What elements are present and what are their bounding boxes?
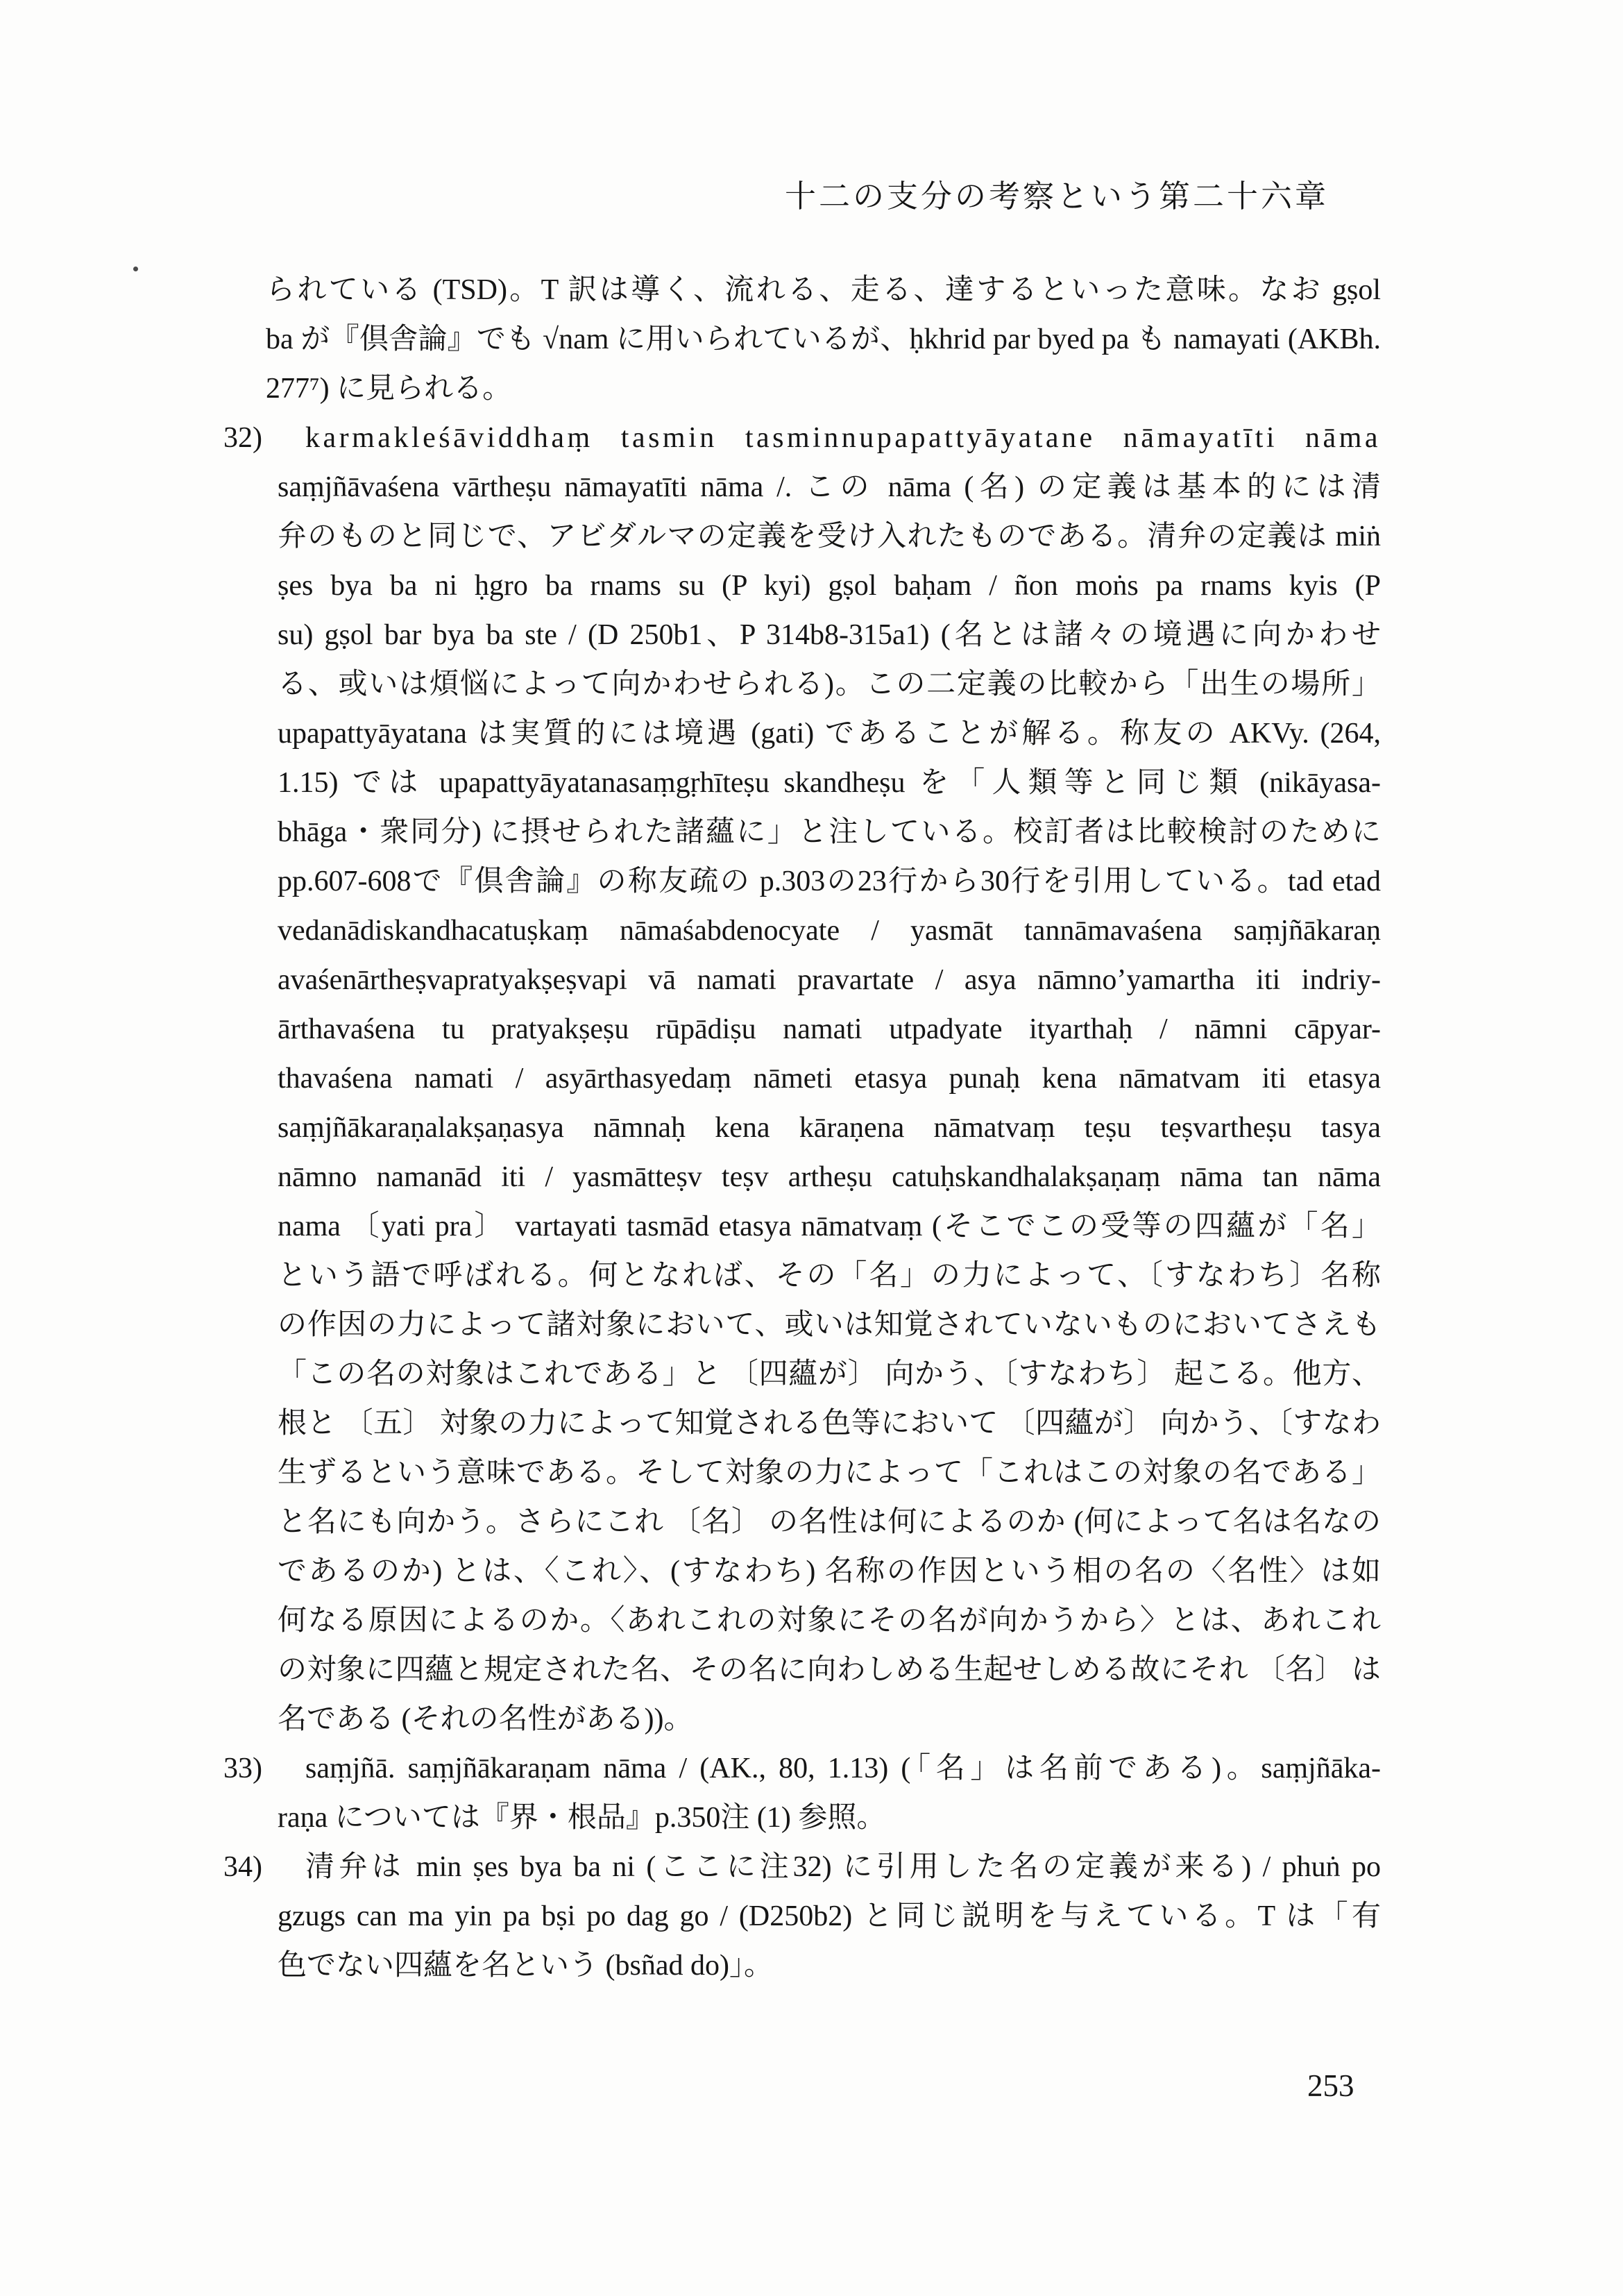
document-page: 十二の支分の考察という第二十六章 られている (TSD)。T 訳は導く、流れる、… — [0, 0, 1623, 2296]
footnote-number: 34) — [223, 1843, 262, 1892]
text-line: る、或いは煩悩によって向かわせられる)。この二定義の比較から「出生の場所」 — [278, 660, 1381, 709]
text-line: 名である (それの名性がある))。 — [278, 1695, 1381, 1744]
footnote-lines: saṃjñā. saṃjñākaraṇam nāma / (AK., 80, 1… — [278, 1744, 1381, 1843]
footnote-item: 33)saṃjñā. saṃjñākaraṇam nāma / (AK., 80… — [278, 1744, 1381, 1843]
text-line: nama 〔yati pra〕 vartayati tasmād etasya … — [278, 1202, 1381, 1251]
text-line: ba が『倶舎論』でも √nam に用いられているが、ḥkhrid par by… — [266, 315, 1381, 364]
text-line: 色でない四蘊を名という (bsñad do)」。 — [278, 1941, 1381, 1991]
continuation-paragraph: られている (TSD)。T 訳は導く、流れる、走る、達するといった意味。なお g… — [266, 266, 1381, 414]
footnote-item: 34)清弁は min ṣes bya ba ni (ここに注32) に引用した名… — [278, 1843, 1381, 1991]
text-line: pp.607-608で『倶舎論』の称友疏の p.303の23行から30行を引用し… — [278, 857, 1381, 906]
text-line: saṃjñāvaśena vārtheṣu nāmayatīti nāma /.… — [278, 463, 1381, 512]
text-line: 1.15) では upapattyāyatanasaṃgṛhīteṣu skan… — [278, 759, 1381, 808]
running-header: 十二の支分の考察という第二十六章 — [0, 179, 1329, 214]
text-line: su) gṣol bar bya ba ste / (D 250b1、P 314… — [278, 611, 1381, 660]
text-line: gzugs can ma yin pa bṣi po dag go / (D25… — [278, 1892, 1381, 1941]
text-line: 何なる原因によるのか。〈あれこれの対象にその名が向かうから〉とは、あれこれ — [278, 1596, 1381, 1646]
text-line: karmakleśāviddhaṃ tasmin tasminnupapatty… — [278, 414, 1381, 463]
footnote-lines: karmakleśāviddhaṃ tasmin tasminnupapatty… — [278, 414, 1381, 1744]
page-number: 253 — [1307, 2068, 1354, 2103]
text-line: の対象に四蘊と規定された名、その名に向わしめる生起せしめる故にそれ 〔名〕 は — [278, 1646, 1381, 1695]
footnote-lines: 清弁は min ṣes bya ba ni (ここに注32) に引用した名の定義… — [278, 1843, 1381, 1991]
footnote-item: 32)karmakleśāviddhaṃ tasmin tasminnupapa… — [278, 414, 1381, 1744]
text-line: ṣes bya ba ni ḥgro ba rnams su (P kyi) g… — [278, 562, 1381, 611]
text-line: 清弁は min ṣes bya ba ni (ここに注32) に引用した名の定義… — [278, 1843, 1381, 1892]
text-line: であるのか) とは、〈これ〉、(すなわち) 名称の作因という相の名の〈名性〉は如 — [278, 1547, 1381, 1596]
text-line: ārthavaśena tu pratyakṣeṣu rūpādiṣu nama… — [278, 1005, 1381, 1054]
text-line: saṃjñākaraṇalakṣaṇasya nāmnaḥ kena kāraṇ… — [278, 1104, 1381, 1153]
text-line: 生ずるという意味である。そして対象の力によって「これはこの対象の名である」 — [278, 1449, 1381, 1498]
text-line: 「この名の対象はこれである」と 〔四蘊が〕 向かう、〔すなわち〕 起こる。他方、… — [278, 1350, 1381, 1399]
text-line: られている (TSD)。T 訳は導く、流れる、走る、達するといった意味。なお g… — [266, 266, 1381, 315]
footnotes-list: 32)karmakleśāviddhaṃ tasmin tasminnupapa… — [0, 414, 1623, 1991]
text-line: raṇa については『界・根品』p.350注 (1) 参照。 — [278, 1793, 1381, 1843]
text-line: 弁のものと同じで、アビダルマの定義を受け入れたものである。清弁の定義は miṅ — [278, 512, 1381, 562]
text-line: vedanādiskandhacatuṣkaṃ nāmaśabdenocyate… — [278, 906, 1381, 956]
text-line: thavaśena namati / asyārthasyedaṃ nāmeti… — [278, 1054, 1381, 1104]
text-line: の作因の力によって諸対象において、或いは知覚されていないものにおいてさえも — [278, 1301, 1381, 1350]
text-line: nāmno namanād iti / yasmātteṣv teṣv arth… — [278, 1153, 1381, 1202]
footnote-number: 33) — [223, 1744, 262, 1793]
text-line: avaśenārtheṣvapratyakṣeṣvapi vā namati p… — [278, 956, 1381, 1005]
text-line: bhāga・衆同分) に摂せられた諸蘊に」と注している。校訂者は比較検討のために — [278, 808, 1381, 857]
text-line: upapattyāyatana は実質的には境遇 (gati) であることが解る… — [278, 709, 1381, 759]
text-line: 277⁷) に見られる。 — [266, 364, 1381, 414]
text-line: saṃjñā. saṃjñākaraṇam nāma / (AK., 80, 1… — [278, 1744, 1381, 1793]
body-text: られている (TSD)。T 訳は導く、流れる、走る、達するといった意味。なお g… — [0, 266, 1623, 1991]
text-line: という語で呼ばれる。何となれば、その「名」の力によって、〔すなわち〕名称(saṃ… — [278, 1251, 1381, 1301]
text-line: と名にも向かう。さらにこれ 〔名〕 の名性は何によるのか (何によって名は名なの — [278, 1498, 1381, 1547]
text-line: 根と 〔五〕 対象の力によって知覚される色等において 〔四蘊が〕 向かう、〔すな… — [278, 1399, 1381, 1449]
footnote-number: 32) — [223, 414, 262, 463]
